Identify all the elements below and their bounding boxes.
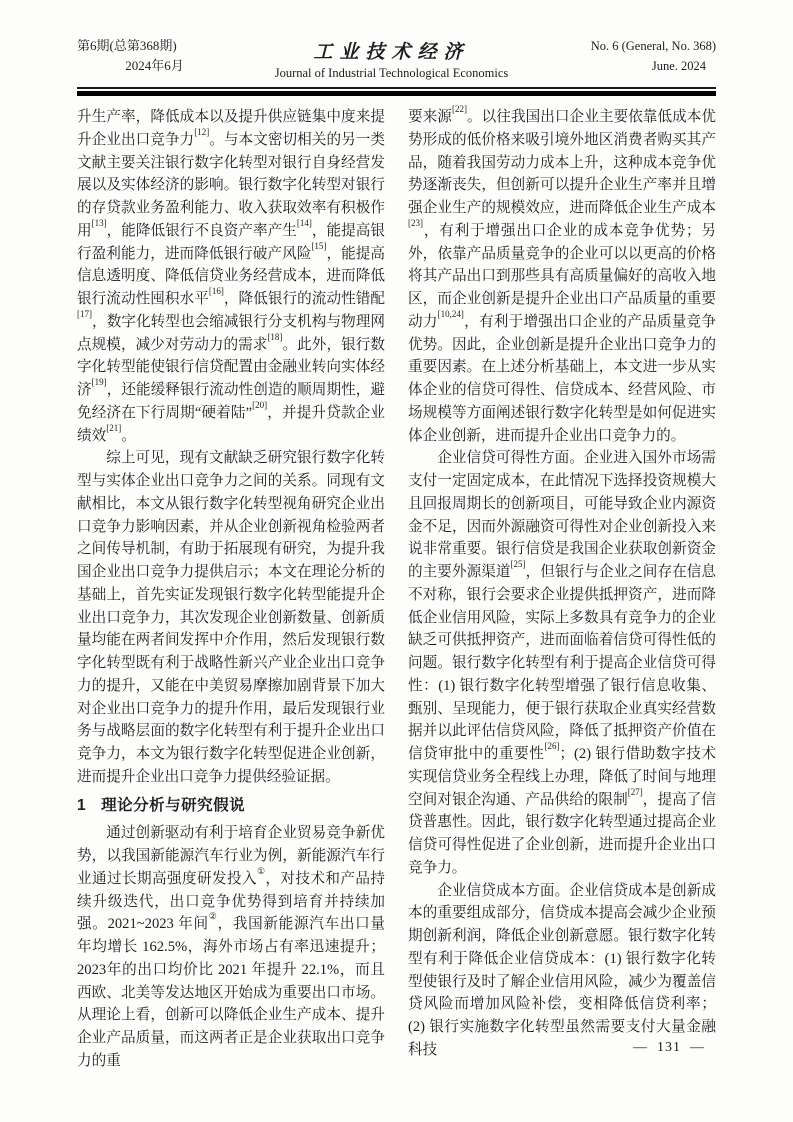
journal-title-block: 工业技术经济 Journal of Industrial Technologic…	[232, 36, 551, 81]
header-rule-thin	[77, 87, 716, 89]
page-number: — 131 —	[633, 1040, 705, 1056]
paragraph: 企业信贷可得性方面。企业进入国外市场需支付一定固定成本，在此情况下选择投资规模大…	[408, 447, 716, 879]
page-header: 第6期(总第368期) 2024年6月 工业技术经济 Journal of In…	[0, 0, 793, 81]
journal-title-cn: 工业技术经济	[232, 37, 551, 64]
header-issue-block-en: No. 6 (General, No. 368) June. 2024	[551, 36, 716, 76]
issue-date-en: June. 2024	[551, 56, 716, 76]
paragraph: 要来源[22]。以往我国出口企业主要依靠低成本优势形成的低价格来吸引境外地区消费…	[408, 106, 716, 447]
paragraph: 通过创新驱动有利于培育企业贸易竞争新优势，以我国新能源汽车行业为例，新能源汽车行…	[77, 822, 385, 1072]
paragraph: 升生产率，降低成本以及提升供应链集中度来提升企业出口竞争力[12]。与本文密切相…	[77, 106, 385, 447]
issue-number-en: No. 6 (General, No. 368)	[551, 36, 716, 56]
paragraph: 综上可见，现有文献缺乏研究银行数字化转型与实体企业出口竞争力之间的关系。同现有文…	[77, 447, 385, 788]
issue-number-cn: 第6期(总第368期)	[77, 36, 232, 56]
right-column: 要来源[22]。以往我国出口企业主要依靠低成本优势形成的低价格来吸引境外地区消费…	[408, 106, 716, 1073]
left-column: 升生产率，降低成本以及提升供应链集中度来提升企业出口竞争力[12]。与本文密切相…	[77, 106, 385, 1073]
paragraph: 企业信贷成本方面。企业信贷成本是创新成本的重要组成部分，信贷成本提高会减少企业预…	[408, 880, 716, 1062]
section-title: 理论分析与研究假说	[101, 797, 245, 814]
article-body: 升生产率，降低成本以及提升供应链集中度来提升企业出口竞争力[12]。与本文密切相…	[0, 96, 793, 1073]
journal-title-en: Journal of Industrial Technological Econ…	[232, 66, 551, 81]
section-heading: 1理论分析与研究假说	[77, 795, 385, 818]
section-number: 1	[77, 797, 86, 814]
issue-date-cn: 2024年6月	[77, 56, 232, 76]
header-rule	[77, 87, 716, 96]
header-issue-block-cn: 第6期(总第368期) 2024年6月	[77, 36, 232, 76]
journal-page: 第6期(总第368期) 2024年6月 工业技术经济 Journal of In…	[0, 0, 793, 1122]
